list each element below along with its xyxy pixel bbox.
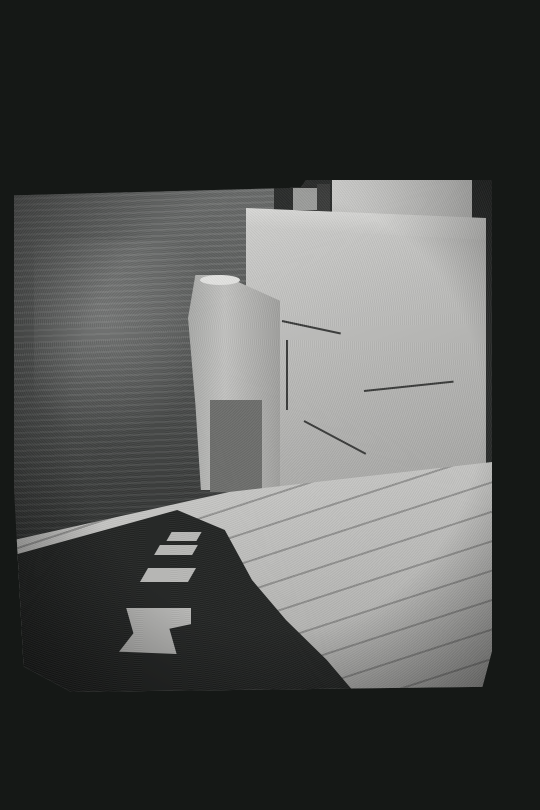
post — [317, 184, 330, 212]
lit-step-patch — [140, 568, 196, 582]
photograph — [14, 180, 492, 692]
lit-step-patch — [166, 532, 201, 541]
pillar-cap — [200, 275, 240, 285]
lit-step-patch — [154, 545, 198, 555]
concrete-wall — [246, 210, 486, 490]
photo-page — [0, 0, 540, 810]
wall-crack — [286, 340, 288, 410]
water-reflection — [34, 240, 214, 440]
pillar-shadow — [210, 400, 262, 492]
